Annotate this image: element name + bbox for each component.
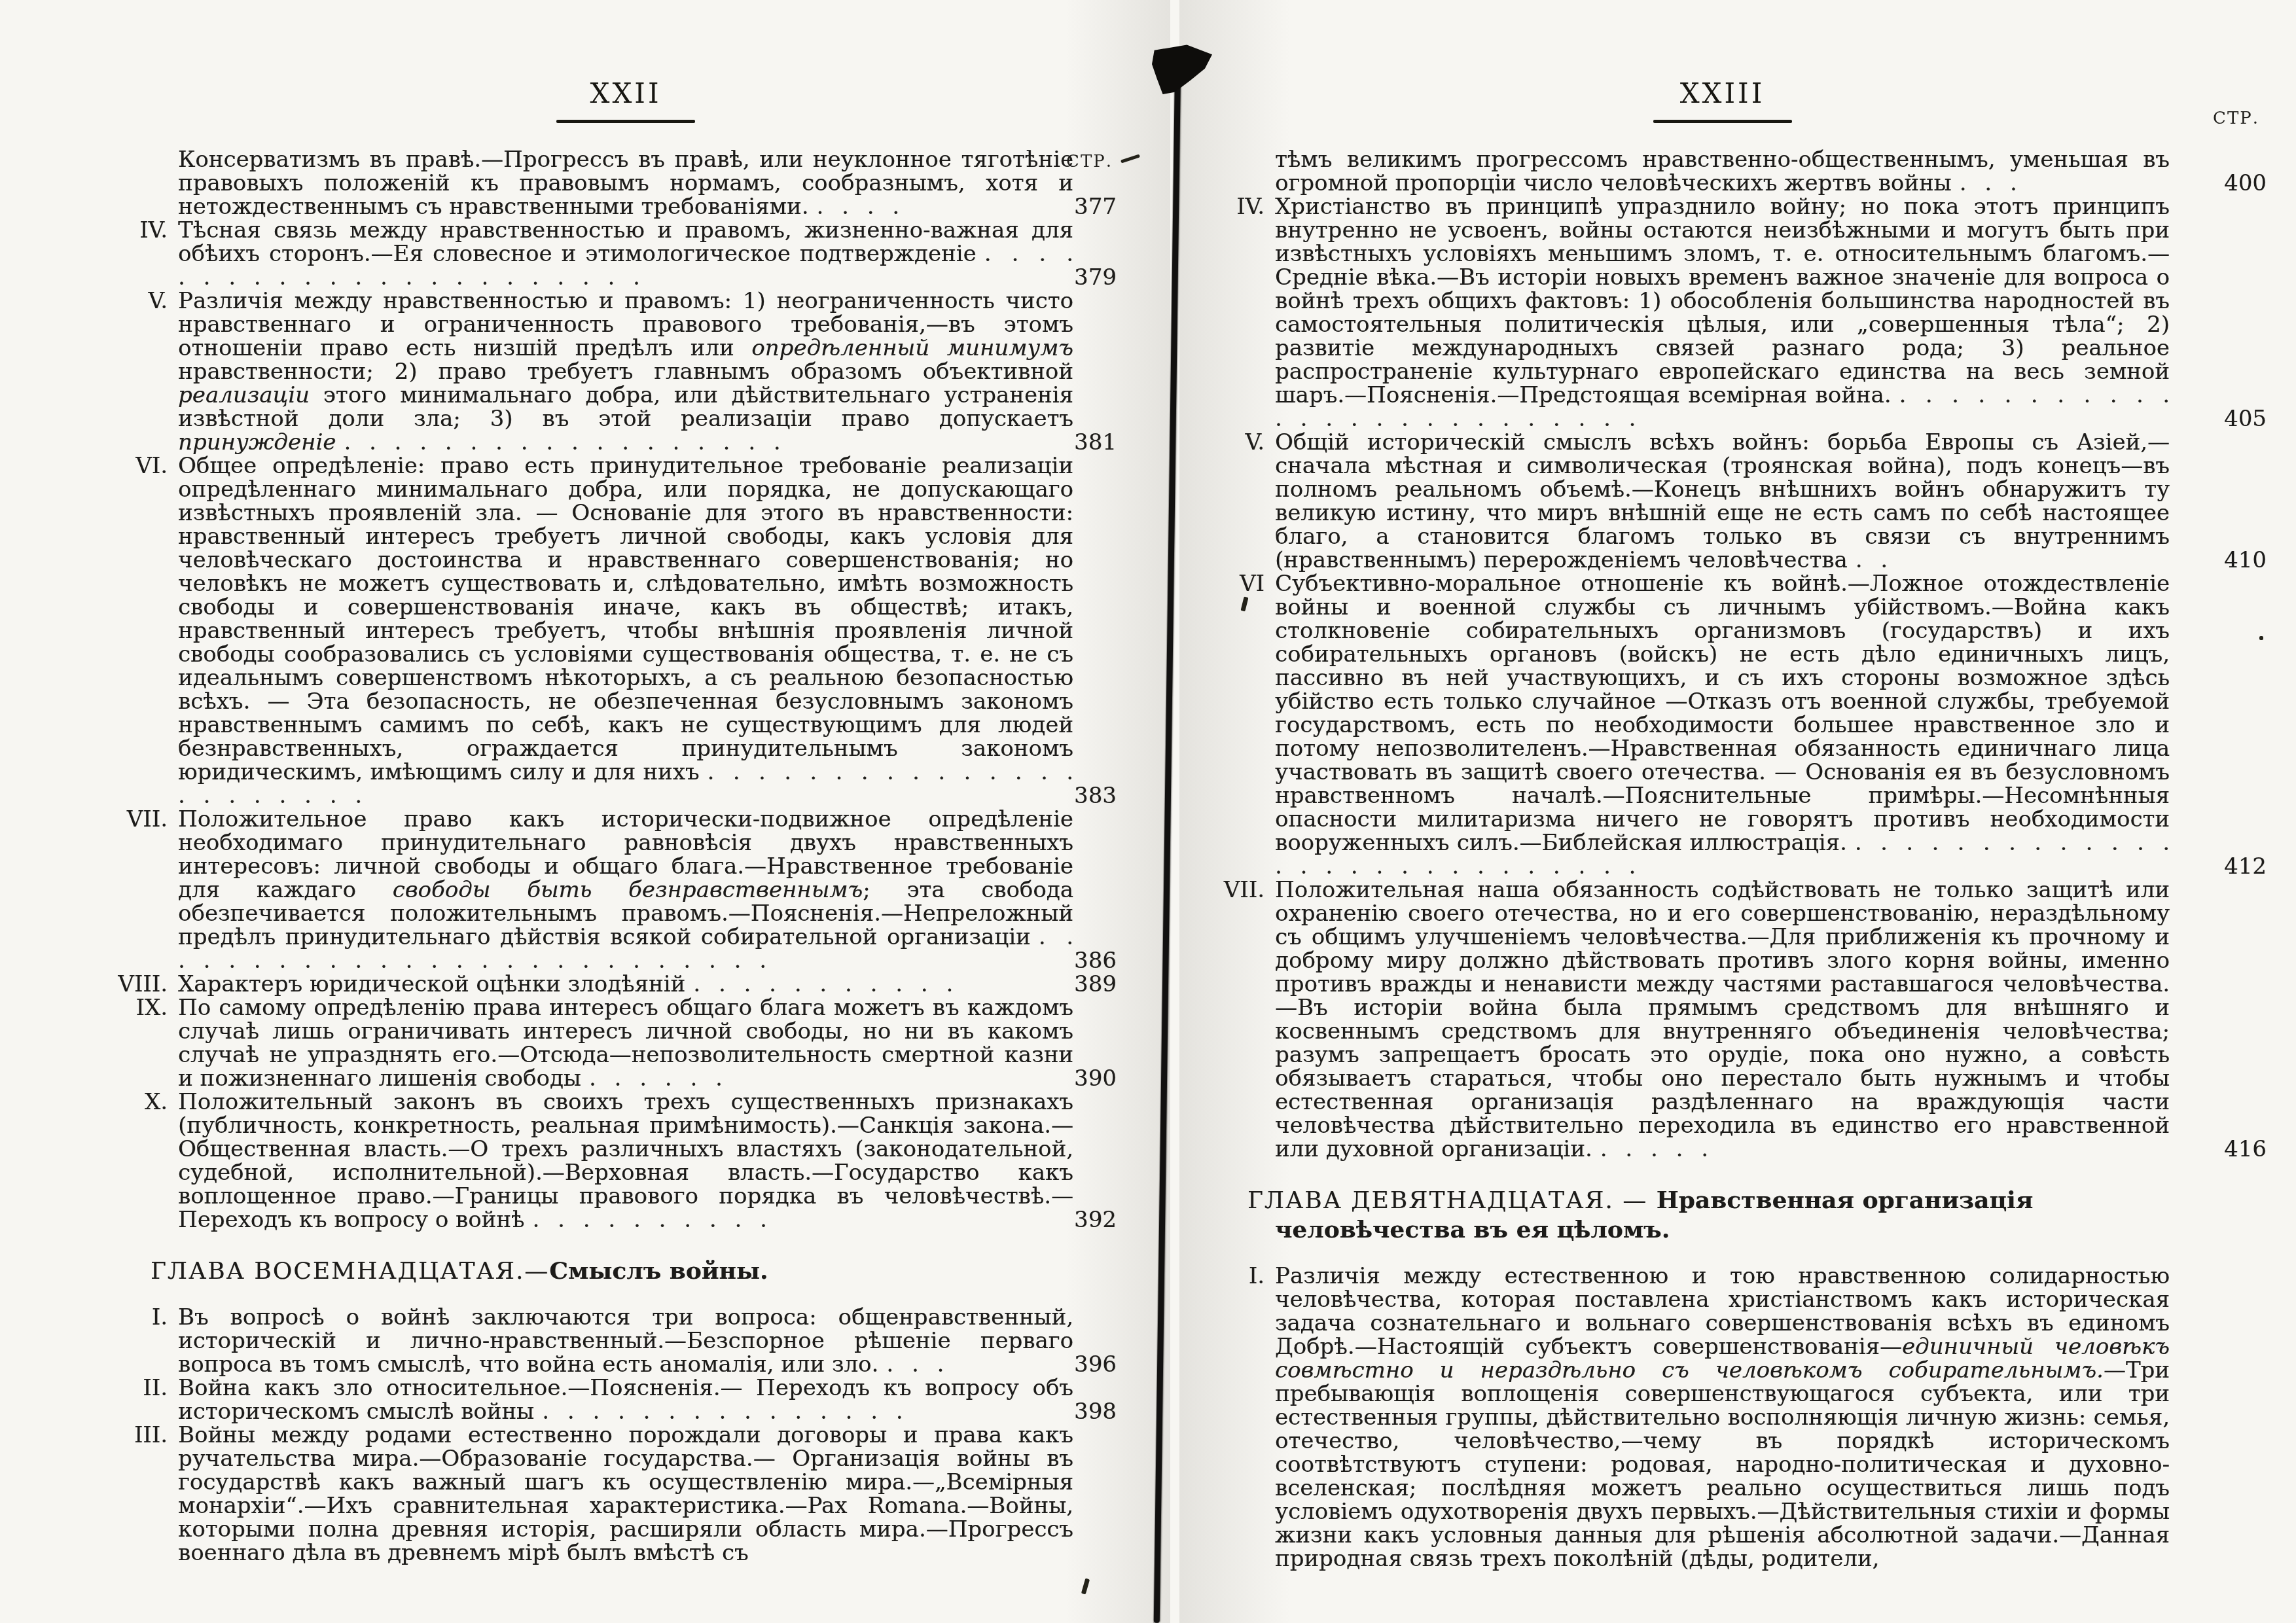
- entry-roman-numeral: VII.: [109, 808, 168, 831]
- toc-entry: VII.Положительная наша обязанность содѣй…: [1275, 878, 2170, 1161]
- entry-text-segment: —Три пребывающія воплощенія совершенству…: [1275, 1357, 2170, 1572]
- entry-roman-numeral: VI.: [109, 454, 168, 478]
- entry-text-italic-segment: принужденіе: [178, 429, 336, 455]
- entry-text: Общее опредѣленіе: право есть принудител…: [178, 453, 1073, 785]
- entry-text-italic-segment: реализаціи: [178, 382, 310, 408]
- entry-text: Положительная наша обязанность содѣйство…: [1275, 877, 2170, 1162]
- toc-entry: VIСубъективно-моральное отношеніе къ вой…: [1275, 572, 2170, 878]
- right-page-toc: тѣмъ великимъ прогрессомъ нравственно-об…: [1275, 148, 2170, 1571]
- entry-text: Христіанство въ принципѣ упразднило войн…: [1275, 194, 2170, 408]
- entry-text-italic-segment: опредѣленный минимумъ: [751, 335, 1073, 361]
- entry-text-segment: этого минимальнаго добра, или дѣйствител…: [178, 382, 1073, 432]
- page-number: 412: [2224, 855, 2267, 878]
- page-number: 405: [2224, 407, 2267, 431]
- chapter-heading: ГЛАВА ВОСЕМНАДЦАТАЯ.—Смыслъ войны.: [151, 1257, 1073, 1286]
- leader-dots: . . . . . . . . . . . . . . .: [534, 1399, 903, 1425]
- gutter-shadow-left: [1066, 0, 1170, 1623]
- entry-roman-numeral: I.: [109, 1306, 168, 1329]
- entry-roman-numeral: III.: [109, 1423, 168, 1447]
- toc-entry: V.Общій историческій смыслъ всѣхъ войнъ:…: [1275, 431, 2170, 572]
- leader-dots: . . . . . .: [581, 1065, 723, 1092]
- toc-entry: Консерватизмъ въ правѣ.—Прогрессъ въ пра…: [178, 148, 1073, 219]
- entry-text-italic-segment: свободы быть безнравственнымъ: [393, 877, 863, 903]
- leader-dots: . . . . . . . . . . .: [685, 971, 953, 997]
- toc-entry: I.Въ вопросѣ о войнѣ заключаются три воп…: [178, 1306, 1073, 1376]
- toc-entry: V.Различія между нравственностью и право…: [178, 289, 1073, 454]
- entry-text: Общій историческій смыслъ всѣхъ войнъ: б…: [1275, 429, 2170, 573]
- entry-text: Положительное право какъ исторически-под…: [178, 806, 1073, 950]
- entry-text: Характеръ юридической оцѣнки злодѣяній: [178, 971, 685, 997]
- toc-entry: IV.Христіанство въ принципѣ упразднило в…: [1275, 195, 2170, 431]
- toc-entry: X.Положительный законъ въ своихъ трехъ с…: [178, 1090, 1073, 1232]
- left-page-toc: Консерватизмъ въ правѣ.—Прогрессъ въ пра…: [178, 148, 1073, 1565]
- toc-entry: VIII.Характеръ юридической оцѣнки злодѣя…: [178, 972, 1073, 996]
- right-folio: XXIII: [1275, 77, 2170, 123]
- toc-entry: II.Война какъ зло относительное.—Пояснен…: [178, 1376, 1073, 1423]
- toc-entry: VII.Положительное право какъ исторически…: [178, 808, 1073, 972]
- leader-dots: . . .: [1952, 170, 2017, 196]
- entry-roman-numeral: X.: [109, 1090, 168, 1114]
- toc-entry: III.Войны между родами естественно порож…: [178, 1423, 1073, 1565]
- entry-roman-numeral: IV.: [109, 219, 168, 242]
- entry-text: Тѣсная связь между нравственностью и пра…: [178, 217, 1073, 267]
- chapter-heading: ГЛАВА ДЕВЯТНАДЦАТАЯ. — Нравственная орга…: [1247, 1186, 2170, 1245]
- gutter-shadow-right: [1179, 0, 1291, 1623]
- entry-roman-numeral: VIII.: [109, 972, 168, 996]
- toc-entry: IV.Тѣсная связь между нравственностью и …: [178, 219, 1073, 289]
- right-folio-rule: [1653, 120, 1792, 123]
- leader-dots: . . . . . . . . . .: [524, 1207, 766, 1233]
- leader-dots: . .: [1848, 547, 1888, 573]
- toc-entry: VI.Общее опредѣленіе: право есть принуди…: [178, 454, 1073, 808]
- entry-text-segment: нравственности; 2) право требуетъ главны…: [178, 359, 1073, 385]
- leader-dots: . . . . . . . . . . . . . . . . . .: [336, 429, 780, 455]
- ink-speck: [2259, 636, 2263, 640]
- leader-dots: . . .: [878, 1351, 944, 1378]
- entry-text: тѣмъ великимъ прогрессомъ нравственно-об…: [1275, 147, 2170, 196]
- entry-text: Субъективно-моральное отношеніе къ войнѣ…: [1275, 571, 2170, 856]
- leader-dots: . . . .: [808, 194, 899, 220]
- page-number: 410: [2224, 548, 2267, 572]
- toc-entry: тѣмъ великимъ прогрессомъ нравственно-об…: [1275, 148, 2170, 195]
- entry-text: Различія между естественною и тою нравст…: [1275, 1263, 2170, 1572]
- book-spread: XXII XXIII СТР. СТР. Консерватизмъ въ пр…: [0, 0, 2296, 1623]
- entry-roman-numeral: V.: [109, 289, 168, 313]
- toc-entry: IX.По самому опредѣленію права интересъ …: [178, 996, 1073, 1090]
- entry-text: Войны между родами естественно порождали…: [178, 1422, 1073, 1566]
- entry-roman-numeral: IX.: [109, 996, 168, 1020]
- chapter-label: ГЛАВА ДЕВЯТНАДЦАТАЯ. —: [1247, 1187, 1657, 1214]
- entry-text: Консерватизмъ въ правѣ.—Прогрессъ въ пра…: [178, 147, 1073, 220]
- page-number: 400: [2224, 171, 2267, 195]
- leader-dots: . . . . .: [1592, 1136, 1708, 1162]
- toc-entry: I.Различія между естественною и тою нрав…: [1275, 1264, 2170, 1571]
- left-folio-roman-numeral: XXII: [590, 77, 662, 109]
- left-folio: XXII: [178, 77, 1073, 123]
- right-folio-roman-numeral: XXIII: [1680, 77, 1765, 109]
- chapter-title: Смыслъ войны.: [549, 1257, 768, 1285]
- chapter-label: ГЛАВА ВОСЕМНАДЦАТАЯ.—: [151, 1258, 549, 1285]
- page-number: 416: [2224, 1137, 2267, 1161]
- left-folio-rule: [556, 120, 695, 123]
- entry-roman-numeral: II.: [109, 1376, 168, 1400]
- right-page-column-label: СТР.: [2168, 109, 2259, 128]
